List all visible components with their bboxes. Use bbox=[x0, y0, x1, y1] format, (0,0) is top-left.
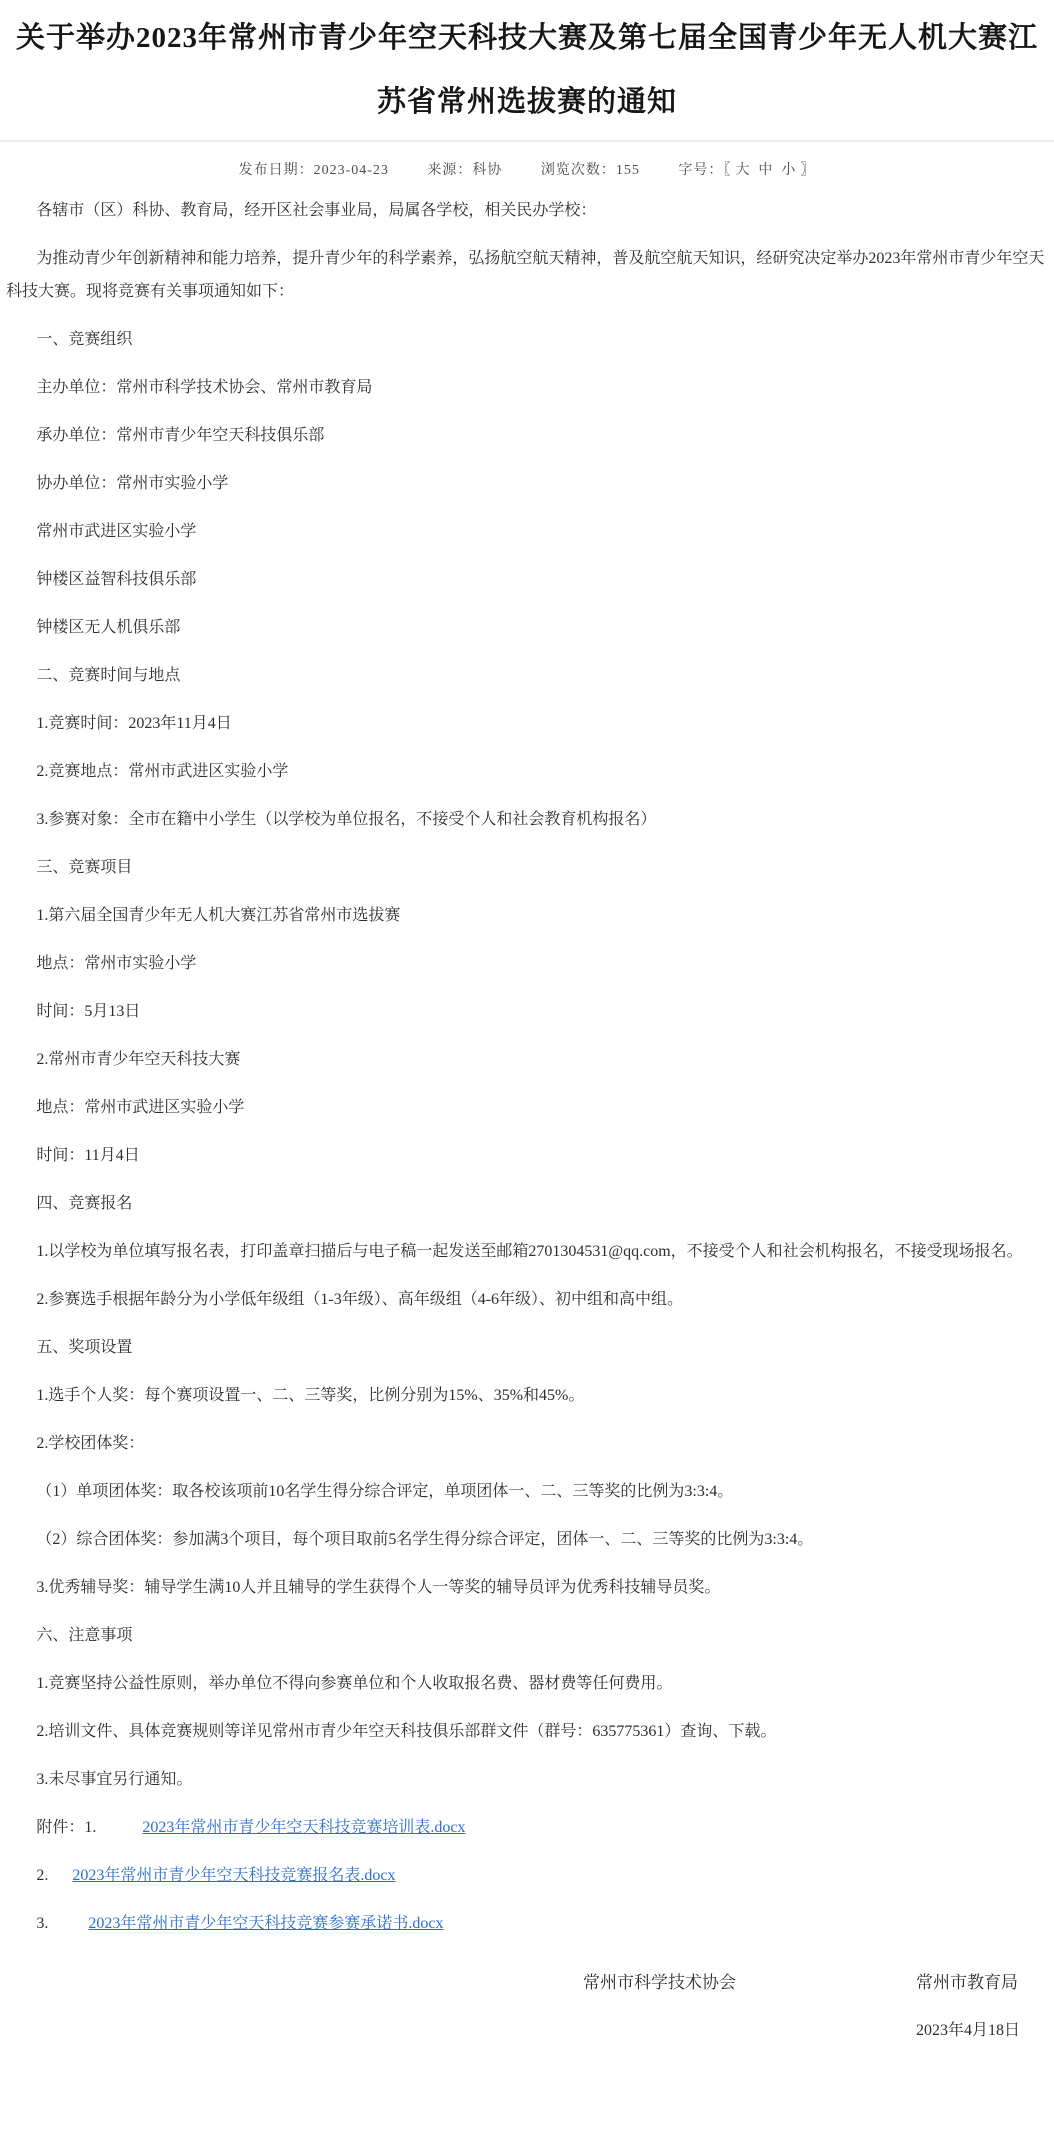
attachment-number: 1. bbox=[84, 1819, 96, 1836]
body-paragraph: 3.优秀辅导奖：辅导学生满10人并且辅导的学生获得个人一等奖的辅导员评为优秀科技… bbox=[6, 1571, 1048, 1604]
attachment-number: 2. bbox=[36, 1867, 48, 1884]
font-size-bracket-close: 〗 bbox=[800, 163, 815, 178]
body-paragraph: 1.第六届全国青少年无人机大赛江苏省常州市选拔赛 bbox=[6, 899, 1048, 932]
page-title: 关于举办2023年常州市青少年空天科技大赛及第七届全国青少年无人机大赛江苏省常州… bbox=[16, 6, 1038, 134]
publish-date-field: 发布日期：2023-04-23 bbox=[239, 163, 389, 178]
body-paragraph: 1.竞赛时间：2023年11月4日 bbox=[6, 707, 1048, 740]
attachment-link-commitment-letter[interactable]: 2023年常州市青少年空天科技竞赛参赛承诺书.docx bbox=[88, 1915, 443, 1932]
font-size-bracket-open: 〖 bbox=[723, 163, 731, 178]
font-size-control: 字号：〖大中小〗 bbox=[678, 163, 815, 178]
attachment-link-registration-form[interactable]: 2023年常州市青少年空天科技竞赛报名表.docx bbox=[72, 1867, 395, 1884]
body-paragraph: 2.常州市青少年空天科技大赛 bbox=[6, 1043, 1048, 1076]
notice-page: 关于举办2023年常州市青少年空天科技大赛及第七届全国青少年无人机大赛江苏省常州… bbox=[0, 6, 1054, 2137]
views-label: 浏览次数： bbox=[541, 163, 616, 178]
section-heading: 二、竞赛时间与地点 bbox=[6, 659, 1048, 692]
section-heading: 六、注意事项 bbox=[6, 1619, 1048, 1652]
attachment-number: 3. bbox=[36, 1915, 48, 1932]
body-paragraph: 各辖市（区）科协、教育局，经开区社会事业局，局属各学校，相关民办学校： bbox=[6, 194, 1048, 227]
attachment-link-training-form[interactable]: 2023年常州市青少年空天科技竞赛培训表.docx bbox=[142, 1819, 465, 1836]
body-paragraph: 2.竞赛地点：常州市武进区实验小学 bbox=[6, 755, 1048, 788]
body-paragraph: （1）单项团体奖：取各校该项前10名学生得分综合评定，单项团体一、二、三等奖的比… bbox=[6, 1475, 1048, 1508]
body-paragraph: 2.学校团体奖： bbox=[6, 1427, 1048, 1460]
body-paragraph: 地点：常州市武进区实验小学 bbox=[6, 1091, 1048, 1124]
body-paragraph: 承办单位：常州市青少年空天科技俱乐部 bbox=[6, 419, 1048, 452]
meta-bar: 发布日期：2023-04-23 来源：科协 浏览次数：155 字号：〖大中小〗 bbox=[0, 159, 1054, 179]
attachments-row: 2.2023年常州市青少年空天科技竞赛报名表.docx bbox=[6, 1859, 1048, 1892]
body-paragraph: 地点：常州市实验小学 bbox=[6, 947, 1048, 980]
body-paragraph: 1.选手个人奖：每个赛项设置一、二、三等奖，比例分别为15%、35%和45%。 bbox=[6, 1379, 1048, 1412]
body-paragraph: 钟楼区无人机俱乐部 bbox=[6, 611, 1048, 644]
section-heading: 五、奖项设置 bbox=[6, 1331, 1048, 1364]
issue-date: 2023年4月18日 bbox=[0, 2017, 1054, 2040]
views-field: 浏览次数：155 bbox=[541, 163, 640, 178]
attachments-label: 附件： bbox=[36, 1819, 84, 1836]
body-paragraphs: 各辖市（区）科协、教育局，经开区社会事业局，局属各学校，相关民办学校：为推动青少… bbox=[6, 194, 1048, 1796]
views-value: 155 bbox=[616, 163, 640, 178]
body-paragraph: 1.竞赛坚持公益性原则，举办单位不得向参赛单位和个人收取报名费、器材费等任何费用… bbox=[6, 1667, 1048, 1700]
body-paragraph: 常州市武进区实验小学 bbox=[6, 515, 1048, 548]
body-paragraph: 3.参赛对象：全市在籍中小学生（以学校为单位报名，不接受个人和社会教育机构报名） bbox=[6, 803, 1048, 836]
body-paragraph: 协办单位：常州市实验小学 bbox=[6, 467, 1048, 500]
source-value: 科协 bbox=[472, 163, 502, 178]
body-paragraph: 为推动青少年创新精神和能力培养，提升青少年的科学素养，弘扬航空航天精神，普及航空… bbox=[6, 242, 1048, 308]
section-heading: 四、竞赛报名 bbox=[6, 1187, 1048, 1220]
body-paragraph: 2.培训文件、具体竞赛规则等详见常州市青少年空天科技俱乐部群文件（群号：6357… bbox=[6, 1715, 1048, 1748]
signature-left: 常州市科学技术协会 bbox=[583, 1968, 736, 1993]
section-heading: 一、竞赛组织 bbox=[6, 323, 1048, 356]
body-paragraph: 1.以学校为单位填写报名表，打印盖章扫描后与电子稿一起发送至邮箱27013045… bbox=[6, 1235, 1048, 1268]
font-size-medium-button[interactable]: 中 bbox=[758, 163, 773, 178]
body-paragraph: 2.参赛选手根据年龄分为小学低年级组（1-3年级）、高年级组（4-6年级）、初中… bbox=[6, 1283, 1048, 1316]
source-label: 来源： bbox=[427, 163, 472, 178]
attachments-row: 3.2023年常州市青少年空天科技竞赛参赛承诺书.docx bbox=[6, 1907, 1048, 1940]
font-size-large-button[interactable]: 大 bbox=[735, 163, 750, 178]
body-paragraph: （2）综合团体奖：参加满3个项目，每个项目取前5名学生得分综合评定，团体一、二、… bbox=[6, 1523, 1048, 1556]
body-paragraph: 主办单位：常州市科学技术协会、常州市教育局 bbox=[6, 371, 1048, 404]
section-heading: 三、竞赛项目 bbox=[6, 851, 1048, 884]
notice-body: 各辖市（区）科协、教育局，经开区社会事业局，局属各学校，相关民办学校：为推动青少… bbox=[0, 194, 1054, 1940]
font-size-label: 字号： bbox=[678, 163, 723, 178]
source-field: 来源：科协 bbox=[427, 163, 502, 178]
signature-right: 常州市教育局 bbox=[916, 1968, 1018, 1993]
signature-row: 常州市科学技术协会 常州市教育局 bbox=[0, 1968, 1054, 1993]
title-divider bbox=[0, 140, 1054, 142]
body-paragraph: 时间：11月4日 bbox=[6, 1139, 1048, 1172]
body-paragraph: 钟楼区益智科技俱乐部 bbox=[6, 563, 1048, 596]
publish-date-label: 发布日期： bbox=[239, 163, 314, 178]
font-size-small-button[interactable]: 小 bbox=[781, 163, 796, 178]
body-paragraph: 3.未尽事宜另行通知。 bbox=[6, 1763, 1048, 1796]
attachments-row: 附件：1.2023年常州市青少年空天科技竞赛培训表.docx bbox=[6, 1811, 1048, 1844]
publish-date-value: 2023-04-23 bbox=[314, 163, 389, 178]
body-paragraph: 时间：5月13日 bbox=[6, 995, 1048, 1028]
